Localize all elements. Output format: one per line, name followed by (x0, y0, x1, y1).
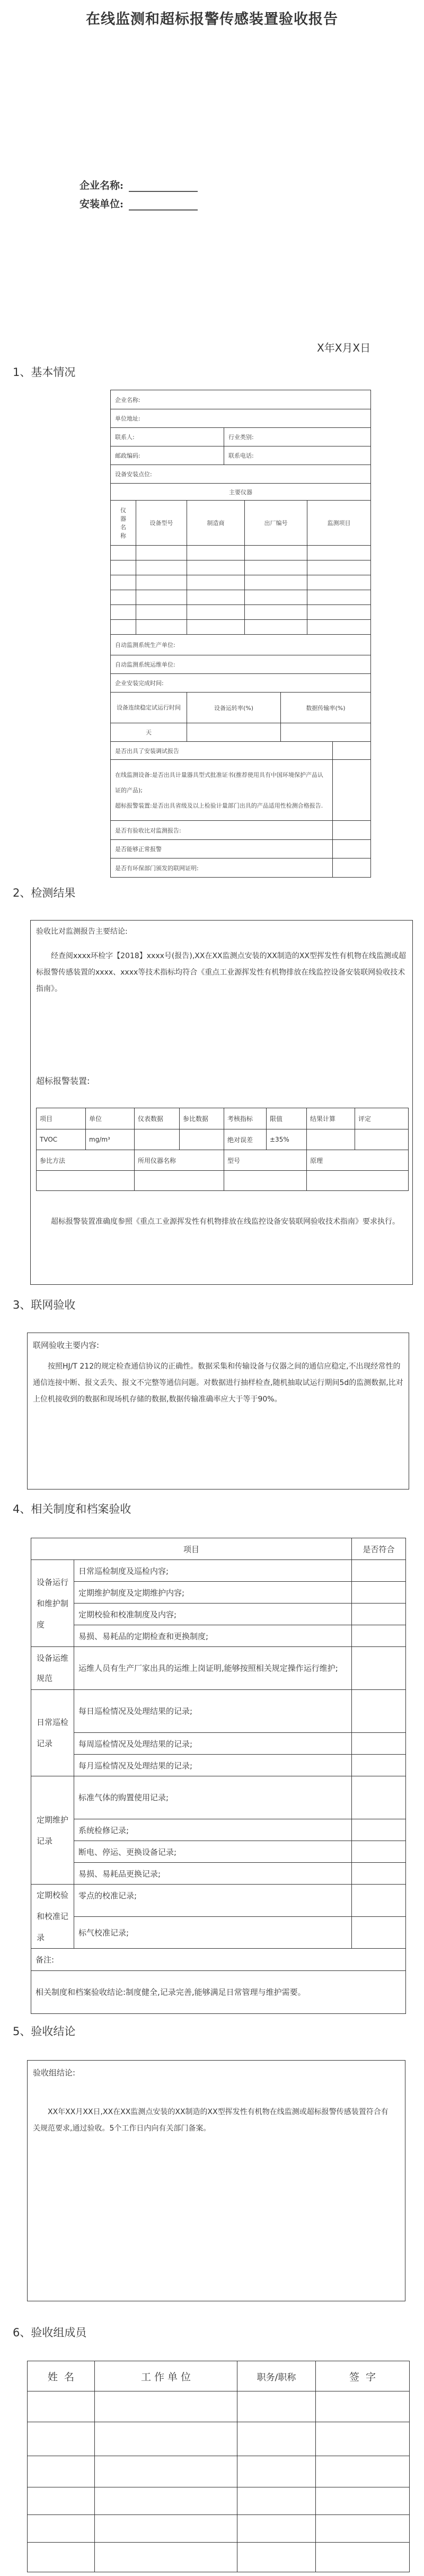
compliance-cell[interactable] (352, 1625, 406, 1647)
cell[interactable] (187, 560, 245, 575)
comparison-report-value[interactable] (333, 821, 371, 840)
compliance-cell[interactable] (352, 1841, 406, 1863)
network-label: 联网验收主要内容: (33, 1339, 99, 1351)
unit-cell[interactable] (95, 2456, 237, 2487)
cell[interactable] (307, 575, 371, 590)
cell-unit: mg/m³ (86, 1129, 135, 1150)
compliance-cell[interactable] (352, 1604, 406, 1625)
cell[interactable] (187, 590, 245, 605)
item: 日常巡检制度及巡检内容; (74, 1560, 352, 1582)
alarm-normal-value[interactable] (333, 840, 371, 858)
compliance-cell[interactable] (352, 1690, 406, 1733)
alarm-cert-text: 超标报警装置:是否出具省级及以上检验计量部门出具的产品适用性检测合格报告. (115, 798, 328, 813)
compliance-cell[interactable] (352, 1863, 406, 1885)
compliance-cell[interactable] (352, 1755, 406, 1776)
member-row (28, 2422, 410, 2456)
cell[interactable] (245, 546, 307, 560)
installer-label: 安装单位: (79, 198, 123, 210)
cell[interactable] (136, 590, 187, 605)
cell[interactable] (245, 605, 307, 620)
title-cell[interactable] (237, 2515, 316, 2543)
item: 系统检修记录; (74, 1819, 352, 1841)
trial-run-label: 设备连续稳定试运行时间 (111, 693, 187, 723)
name-cell[interactable] (28, 2422, 95, 2456)
col-model: 设备型号 (136, 501, 187, 546)
th-principle: 原理 (307, 1150, 409, 1171)
company-label: 企业名称: (79, 180, 123, 191)
name-cell[interactable] (28, 2487, 95, 2515)
th-title: 职务/职称 (237, 2361, 316, 2391)
unit-cell[interactable] (95, 2422, 237, 2456)
item: 易损、易耗品的定期检查和更换制度; (74, 1625, 352, 1647)
group-maintenance-system: 设备运行和维护制度 (31, 1560, 74, 1647)
cell[interactable] (307, 620, 371, 635)
section-archives: 4、相关制度和档案验收 (13, 1501, 131, 1517)
installer-blank[interactable] (129, 200, 198, 211)
th-item: 项目 (31, 1538, 352, 1560)
network-cert-label: 是否有环保部门颁发的联网证明: (111, 858, 333, 878)
section-basic-info: 1、基本情况 (13, 364, 75, 380)
certificate-label: 在线监测设备:是否出具计量器具型式批准证书(推荐使用具有中国环境保护产品认证的产… (111, 760, 333, 821)
report-date: X年X月X日 (317, 339, 370, 355)
name-cell[interactable] (28, 2456, 95, 2487)
item: 定期校验和校准制度及内容; (74, 1604, 352, 1625)
cell[interactable] (111, 560, 136, 575)
member-row (28, 2543, 410, 2572)
cell[interactable] (187, 605, 245, 620)
network-text: 按照HJ/T 212的规定检查通信协议的正确性。数据采集和传输设备与仪器之间的通… (33, 1359, 403, 1408)
unit-cell[interactable] (95, 2515, 237, 2543)
alarm-normal-label: 是否能够正常报警 (111, 840, 333, 858)
cell[interactable] (111, 546, 136, 560)
compliance-cell[interactable] (352, 1647, 406, 1690)
col-manufacturer: 制造商 (187, 501, 245, 546)
cell-limit: ±35% (267, 1129, 307, 1150)
installer-field: 安装单位: (79, 196, 198, 211)
detection-conclusion-label: 验收比对监测报告主要结论: (36, 926, 128, 936)
cell[interactable] (136, 620, 187, 635)
item: 运维人员有生产厂家出具的运维上岗证明,能够按照相关规定操作运行维护; (74, 1647, 352, 1690)
compliance-cell[interactable] (352, 1776, 406, 1819)
cell[interactable] (245, 560, 307, 575)
instrument-row (111, 546, 371, 560)
phone-cell[interactable]: 联系电话: (224, 446, 371, 465)
certificate-value[interactable] (333, 760, 371, 821)
online-cert-text: 在线监测设备:是否出具计量器具型式批准证书(推荐使用具有中国环境保护产品认证的产… (115, 767, 328, 798)
cell[interactable] (111, 590, 136, 605)
compliance-cell[interactable] (352, 1560, 406, 1582)
compliance-cell[interactable] (352, 1733, 406, 1755)
th-compliance: 是否符合 (352, 1538, 406, 1560)
item: 标准气体的购置使用记录; (74, 1776, 352, 1819)
col-monitor-item: 监测项目 (307, 501, 371, 546)
alarm-device-label: 超标报警装置: (36, 1074, 90, 1087)
instrument-row (111, 590, 371, 605)
th-signature: 签 字 (316, 2361, 410, 2391)
signature-cell[interactable] (316, 2391, 410, 2422)
cell[interactable] (187, 546, 245, 560)
cell[interactable] (307, 605, 371, 620)
operator-cell[interactable]: 自动监测系统运维单位: (111, 655, 371, 674)
name-cell[interactable] (28, 2543, 95, 2572)
detection-box: 验收比对监测报告主要结论: 经查阅xxxx环检字【2018】xxxx号(报告),… (30, 920, 413, 1285)
cell-reference-data[interactable] (180, 1129, 224, 1150)
final-conclusion-label: 验收组结论: (33, 2067, 75, 2078)
signature-cell[interactable] (316, 2515, 410, 2543)
cell[interactable] (307, 560, 371, 575)
cell-assessment: 绝对误差 (224, 1129, 267, 1150)
title-cell[interactable] (237, 2391, 316, 2422)
cell-model[interactable] (224, 1171, 307, 1191)
col-instrument-name: 仪器名称 (111, 501, 136, 546)
th-model: 型号 (224, 1150, 307, 1171)
th-ref-method: 参比方法 (37, 1150, 135, 1171)
operation-rate-label: 设备运转率(%) (187, 693, 281, 723)
item: 标气校准记录; (74, 1916, 352, 1949)
compliance-cell[interactable] (352, 1916, 406, 1949)
company-name-cell[interactable]: 企业名称: (111, 390, 371, 409)
company-field: 企业名称: (79, 178, 198, 192)
cell[interactable] (136, 546, 187, 560)
section-detection: 2、检测结果 (13, 884, 75, 900)
trial-days-cell[interactable]: 天 (111, 723, 187, 742)
th-instrument-name: 所用仪器名称 (135, 1150, 224, 1171)
item: 每日巡检情况及处理结果的记录; (74, 1690, 352, 1733)
signature-cell[interactable] (316, 2543, 410, 2572)
title-cell[interactable] (237, 2543, 316, 2572)
cell[interactable] (136, 575, 187, 590)
archives-table: 项目是否符合 设备运行和维护制度日常巡检制度及巡检内容; 定期维护制度及定期维护… (31, 1538, 406, 2014)
cell-principle[interactable] (307, 1171, 409, 1191)
group-operation-norms: 设备运维规范 (31, 1647, 74, 1690)
comparison-report-label: 是否有验收比对监测报告: (111, 821, 333, 840)
final-conclusion-box: 验收组结论: XX年XX月XX日,XX在XX监测点安装的XX制造的XX型挥发性有… (27, 2060, 405, 2301)
main-instruments-heading: 主要仪器 (111, 484, 371, 501)
postcode-cell[interactable]: 邮政编码: (111, 446, 224, 465)
cell[interactable] (245, 590, 307, 605)
item: 每月巡检情况及处理结果的记录; (74, 1755, 352, 1776)
item: 定期维护制度及定期维护内容; (74, 1582, 352, 1604)
archives-conclusion: 相关制度和档案验收结论:制度健全,记录完善,能够满足日常管理与维护需要。 (31, 1971, 406, 2014)
th-calculation: 结果计算 (307, 1108, 355, 1129)
transmission-rate-value[interactable] (281, 723, 371, 742)
col-serial: 出厂编号 (245, 501, 307, 546)
unit-cell[interactable] (95, 2487, 237, 2515)
group-daily-inspection: 日常巡检记录 (31, 1690, 74, 1776)
title-cell[interactable] (237, 2487, 316, 2515)
th-work-unit: 工 作 单 位 (95, 2361, 237, 2391)
operation-rate-value[interactable] (187, 723, 281, 742)
cell[interactable] (111, 605, 136, 620)
name-cell[interactable] (28, 2515, 95, 2543)
member-row (28, 2391, 410, 2422)
compliance-cell[interactable] (352, 1819, 406, 1841)
transmission-rate-label: 数据传输率(%) (281, 693, 371, 723)
signature-cell[interactable] (316, 2422, 410, 2456)
th-limit: 限值 (267, 1108, 307, 1129)
basic-info-table: 企业名称: 单位地址: 联系人:行业类别: 邮政编码:联系电话: 设备安装点位:… (110, 390, 371, 878)
unit-cell[interactable] (95, 2391, 237, 2422)
member-row (28, 2487, 410, 2515)
cell-ref-method[interactable] (37, 1171, 135, 1191)
debug-report-value[interactable] (333, 742, 371, 760)
alarm-test-table: 项目 单位 仪表数据 参比数据 考核指标 限值 结果计算 评定 TVOC mg/… (36, 1108, 409, 1191)
title-cell[interactable] (237, 2456, 316, 2487)
cell-calculation[interactable] (307, 1129, 355, 1150)
remarks-cell[interactable]: 备注: (31, 1949, 406, 1971)
compliance-cell[interactable] (352, 1582, 406, 1604)
member-row (28, 2515, 410, 2543)
network-box: 联网验收主要内容: 按照HJ/T 212的规定检查通信协议的正确性。数据采集和传… (27, 1333, 409, 1489)
member-row (28, 2456, 410, 2487)
title-cell[interactable] (237, 2422, 316, 2456)
report-title: 在线监测和超标报警传感装置验收报告 (0, 7, 424, 28)
section-final-conclusion: 5、验收结论 (13, 2023, 75, 2039)
th-assessment: 考核指标 (224, 1108, 267, 1129)
final-conclusion-text: XX年XX月XX日,XX在XX监测点安装的XX制造的XX型挥发性有机物在线监测或… (33, 2104, 394, 2137)
industry-cell[interactable]: 行业类别: (224, 428, 371, 446)
section-members: 6、验收组成员 (13, 2324, 86, 2340)
debug-report-label: 是否出具了安装调试报告 (111, 742, 333, 760)
name-cell[interactable] (28, 2391, 95, 2422)
install-complete-cell[interactable]: 企业安装完成时间: (111, 674, 371, 693)
network-cert-value[interactable] (333, 858, 371, 878)
detection-conclusion-text: 经查阅xxxx环检字【2018】xxxx号(报告),XX在XX监测点安装的XX制… (36, 948, 407, 997)
item: 每周巡检情况及处理结果的记录; (74, 1733, 352, 1755)
th-unit: 单位 (86, 1108, 135, 1129)
members-table: 姓 名 工 作 单 位 职务/职称 签 字 (27, 2361, 410, 2572)
item: 易损、易耗品更换记录; (74, 1863, 352, 1885)
cell[interactable] (307, 546, 371, 560)
instrument-row (111, 620, 371, 635)
item: 零点的校准记录; (74, 1885, 352, 1917)
company-blank[interactable] (129, 181, 198, 192)
cell-evaluation[interactable] (355, 1129, 409, 1150)
cell-tvoc: TVOC (37, 1129, 86, 1150)
item: 断电、停运、更换设备记录; (74, 1841, 352, 1863)
accuracy-text: 超标报警装置准确度参照《重点工业源挥发性有机物排放在线监控设备安装联网验收技术指… (36, 1212, 407, 1231)
th-item: 项目 (37, 1108, 86, 1129)
cell[interactable] (245, 620, 307, 635)
instrument-row (111, 605, 371, 620)
compliance-cell[interactable] (352, 1885, 406, 1917)
section-network: 3、联网验收 (13, 1296, 75, 1312)
th-evaluation: 评定 (355, 1108, 409, 1129)
unit-cell[interactable] (95, 2543, 237, 2572)
install-location-cell[interactable]: 设备安装点位: (111, 465, 371, 484)
instrument-row (111, 575, 371, 590)
address-cell[interactable]: 单位地址: (111, 409, 371, 428)
cell[interactable] (111, 620, 136, 635)
th-meter-data: 仪表数据 (135, 1108, 180, 1129)
contact-cell[interactable]: 联系人: (111, 428, 224, 446)
group-calibration: 定期校验和校准记录 (31, 1885, 74, 1949)
cell[interactable] (111, 575, 136, 590)
signature-cell[interactable] (316, 2487, 410, 2515)
th-reference-data: 参比数据 (180, 1108, 224, 1129)
cell[interactable] (245, 575, 307, 590)
producer-cell[interactable]: 自动监测系统生产单位: (111, 635, 371, 655)
cell[interactable] (307, 590, 371, 605)
cell[interactable] (187, 575, 245, 590)
cell[interactable] (187, 620, 245, 635)
instrument-row (111, 560, 371, 575)
group-periodic-maintenance: 定期维护记录 (31, 1776, 74, 1885)
signature-cell[interactable] (316, 2456, 410, 2487)
cell-meter-data[interactable] (135, 1129, 180, 1150)
th-name: 姓 名 (28, 2361, 95, 2391)
cell[interactable] (136, 560, 187, 575)
cell[interactable] (136, 605, 187, 620)
cell-instrument-name[interactable] (135, 1171, 224, 1191)
